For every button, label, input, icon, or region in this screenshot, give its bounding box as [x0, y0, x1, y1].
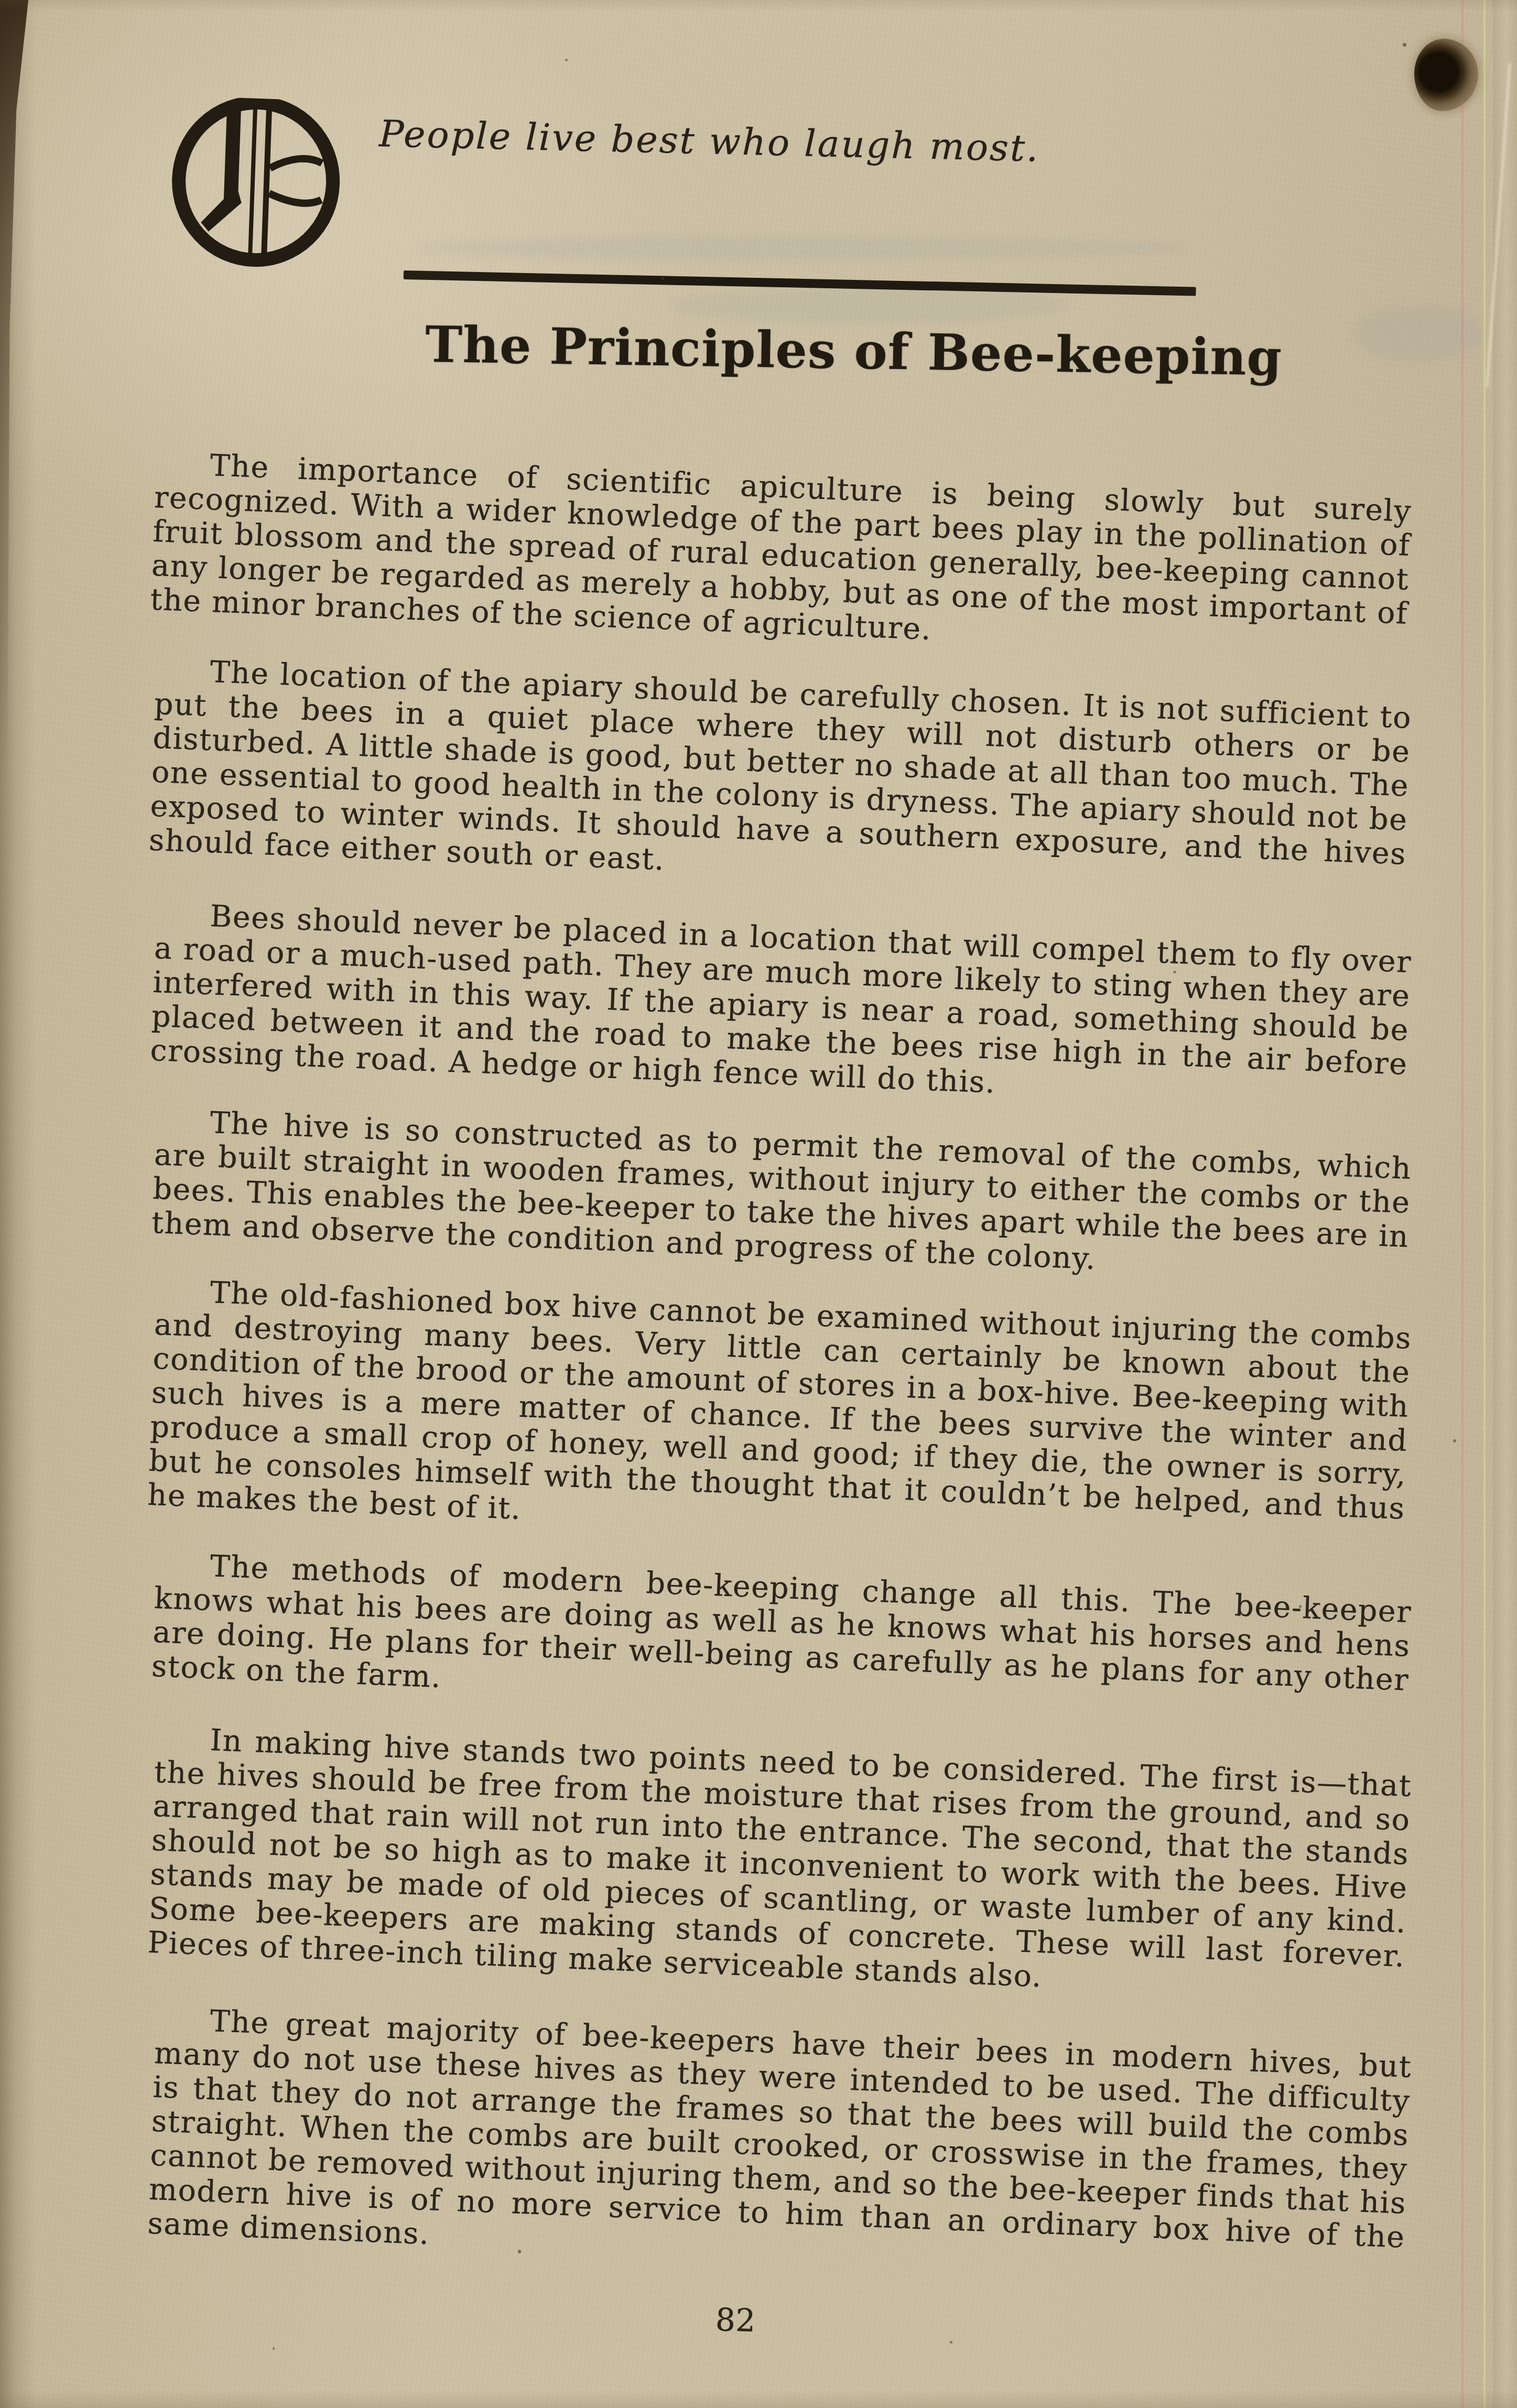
- paragraph: In making hive stands two points need to…: [147, 1721, 1413, 2008]
- page-title: The Principles of Bee-keeping: [425, 318, 1282, 386]
- wormhole-damage: [1414, 39, 1478, 111]
- ink-showthrough-smudge: [1352, 304, 1483, 362]
- paper-speck: [950, 2341, 952, 2344]
- paragraph: The old-fashioned box hive cannot be exa…: [147, 1274, 1413, 1560]
- ink-showthrough-smudge: [671, 287, 1069, 324]
- paper-speck: [565, 59, 568, 61]
- ink-showthrough-smudge: [414, 237, 1190, 259]
- book-page-scan: People live best who laugh most. The Pri…: [0, 0, 1517, 2408]
- paragraph: Bees should never be placed in a locatio…: [150, 897, 1413, 1116]
- paragraph: The location of the apiary should be car…: [148, 653, 1412, 906]
- paragraph: The methods of modern bee-keeping change…: [151, 1547, 1412, 1732]
- page-edge-band: [1493, 0, 1517, 2408]
- running-head-motto: People live best who laugh most.: [378, 115, 1040, 167]
- paragraph: The great majority of bee-keepers have t…: [147, 2002, 1413, 2289]
- header-divider-rule: [404, 270, 1196, 296]
- paper-speck: [1403, 43, 1406, 47]
- publisher-monogram-icon: [167, 95, 346, 270]
- paper-speck: [273, 2347, 275, 2350]
- paper-speck: [1453, 1439, 1456, 1442]
- edge-rule-pink: [1461, 0, 1464, 2408]
- page-number: 82: [690, 2301, 781, 2340]
- paragraph: The hive is so constructed as to permit …: [151, 1104, 1412, 1288]
- edge-rule-green: [1483, 0, 1486, 2408]
- paragraph: The importance of scientific apiculture …: [150, 447, 1413, 665]
